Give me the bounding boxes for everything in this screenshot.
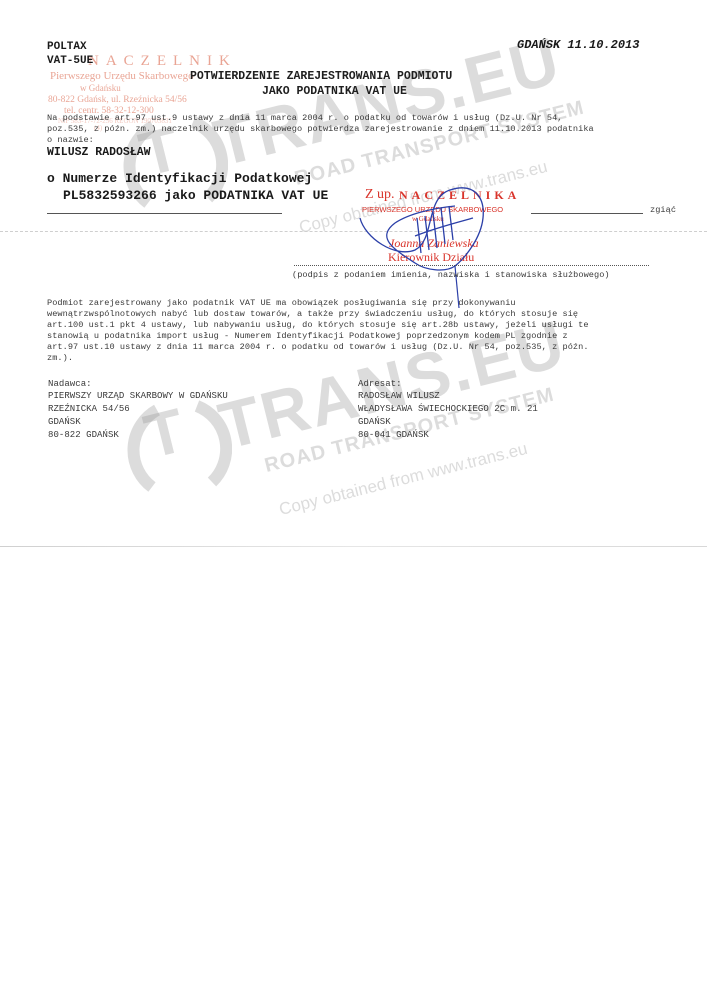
watermark-logo-icon xyxy=(122,392,232,502)
sender-label: Nadawca: xyxy=(48,378,92,390)
intro-line: o nazwie: xyxy=(47,135,94,146)
obligation-line: art.97 ust.10 ustawy z dnia 11 marca 200… xyxy=(47,342,589,353)
fold-guide-line xyxy=(0,231,707,232)
signature-line xyxy=(294,265,649,266)
addressee-line: GDAŃSK xyxy=(358,416,391,428)
form-system: POLTAX xyxy=(47,40,87,54)
signature-caption: (podpis z podaniem imienia, nazwiska i s… xyxy=(292,270,610,281)
document-title-line2: JAKO PODATNIKA VAT UE xyxy=(262,85,407,99)
sender-line: RZEŹNICKA 54/56 xyxy=(48,403,130,415)
fold-label: zgiąć xyxy=(650,205,676,216)
addressee-line: RADOSŁAW WILUSZ xyxy=(358,390,440,402)
obligation-line: stanowią u podatnika import usług - Nume… xyxy=(47,331,568,342)
obligation-line: art.100 ust.1 pkt 4 ustawy, lub nabywani… xyxy=(47,320,589,331)
addressee-line: WŁADYSŁAWA ŚWIECHOCKIEGO 2C m. 21 xyxy=(358,403,538,415)
taxpayer-name: WILUSZ RADOSŁAW xyxy=(47,146,151,159)
nip-label: o Numerze Identyfikacji Podatkowej xyxy=(47,171,312,186)
obligation-line: zm.). xyxy=(47,353,73,364)
nip-value: PL5832593266 jako PODATNIKA VAT UE xyxy=(63,188,328,203)
place-date: GDAŃSK 11.10.2013 xyxy=(517,38,639,52)
office-stamp-title: NACZELNIK xyxy=(88,53,237,70)
office-stamp-line: w Gdańsku xyxy=(80,83,121,93)
underline-left xyxy=(47,213,282,214)
addressee-label: Adresat: xyxy=(358,378,402,390)
underline-right xyxy=(531,213,643,214)
watermark-copy-note: Copy obtained from www.trans.eu xyxy=(277,439,529,520)
intro-line: poz.535, z późn. zm.) naczelnik urzędu s… xyxy=(47,124,594,135)
obligation-line: Podmiot zarejestrowany jako podatnik VAT… xyxy=(47,298,516,309)
watermark-brand: TRANS.EU xyxy=(207,22,568,181)
addressee-line: 80-041 GDAŃSK xyxy=(358,429,429,441)
page-fold-line xyxy=(0,546,707,547)
sender-line: GDAŃSK xyxy=(48,416,81,428)
obligation-line: wewnątrzwspólnotowych nabyć lub dostaw t… xyxy=(47,309,578,320)
office-stamp-line: Pierwszego Urzędu Skarbowego xyxy=(50,70,194,82)
office-stamp-line: 80-822 Gdańsk, ul. Rzeźnicka 54/56 xyxy=(48,95,187,105)
sender-line: 80-822 GDAŃSK xyxy=(48,429,119,441)
document-title-line1: POTWIERDZENIE ZAREJESTROWANIA PODMIOTU xyxy=(190,70,452,84)
handwritten-signature-icon xyxy=(355,178,515,308)
sender-line: PIERWSZY URZĄD SKARBOWY W GDAŃSKU xyxy=(48,390,228,402)
intro-line: Na podstawie art.97 ust.9 ustawy z dnia … xyxy=(47,113,563,124)
form-code: VAT-5UE xyxy=(47,54,93,68)
watermark-tagline: ROAD TRANSPORT SYSTEM xyxy=(292,97,586,191)
